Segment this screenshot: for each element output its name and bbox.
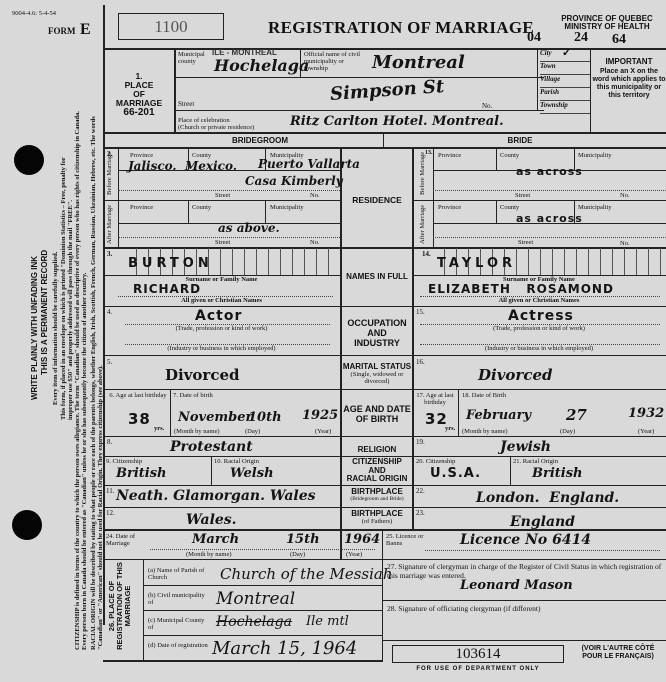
street-label: Street: [515, 192, 530, 199]
rule: [103, 389, 666, 390]
day-caption: (Day): [245, 428, 260, 435]
rule: [188, 201, 189, 223]
yrs-label: yrs.: [154, 425, 164, 432]
dotted-rule: [433, 190, 666, 191]
instruction-text-2: This form, if placed in an envelope on w…: [60, 130, 74, 420]
municipality-type-village[interactable]: Village: [540, 75, 590, 88]
instruction-heading-1: WRITE PLAINLY WITH UNFADING INK: [30, 100, 39, 400]
department-label: FOR USE OF DEPARTMENT ONLY: [392, 666, 564, 672]
groom-after-marriage-label: After Marriage: [106, 205, 113, 244]
groom-before-municipality[interactable]: Puerto Vallarta: [258, 157, 360, 171]
rule: [103, 507, 666, 508]
rule: [510, 456, 511, 485]
marriage-year[interactable]: 1964: [344, 532, 380, 547]
groom-before-county[interactable]: Mexico.: [185, 159, 237, 173]
dotted-rule: [150, 549, 375, 550]
bride-occupation-section: 15.: [416, 308, 425, 316]
place-code: 66-201: [104, 108, 174, 117]
province-label: Province: [438, 204, 461, 211]
rule: [174, 110, 544, 111]
residence-label: RESIDENCE: [342, 195, 412, 205]
groom-birthplace-section: 11.: [106, 487, 115, 495]
bride-marital-section: 16.: [416, 358, 425, 366]
bride-fathers-birthplace[interactable]: England: [510, 514, 575, 530]
rule: [383, 640, 666, 641]
rule: [103, 529, 666, 531]
groom-dob-year[interactable]: 1925: [302, 408, 338, 423]
label-line: OF BIRTH: [342, 414, 412, 424]
groom-names-section: 3.: [107, 250, 112, 258]
given-names-caption: All given or Christian Names: [412, 297, 666, 304]
year-caption: (Year): [346, 551, 362, 558]
groom-dob-label: 7. Date of birth: [173, 392, 213, 399]
letter: Y: [462, 256, 475, 271]
age-dob-label: AGE AND DATE OF BIRTH: [342, 404, 412, 424]
rule: [103, 355, 666, 356]
groom-citizenship-label: 9. Citizenship: [106, 458, 142, 465]
registration-number: 1100: [119, 14, 223, 39]
municipality-type-parish[interactable]: Parish: [540, 88, 590, 101]
dotted-rule: [425, 550, 660, 551]
registration-date-value[interactable]: March 15, 1964: [212, 638, 357, 659]
bride-birthplace[interactable]: London. England.: [476, 490, 619, 506]
letter: N: [198, 256, 213, 271]
groom-citizenship[interactable]: British: [116, 466, 167, 481]
rule: [103, 660, 383, 662]
label-line: AND: [342, 328, 412, 338]
date-of-marriage-label: 24. Date of Marriage: [106, 533, 146, 547]
type-label: Village: [540, 75, 560, 83]
rule: [265, 201, 266, 223]
day-caption: (Day): [560, 428, 575, 435]
rule: [211, 456, 212, 485]
bride-given-names[interactable]: ELIZABETH ROSAMOND: [428, 282, 614, 296]
street-label: Street: [215, 192, 230, 199]
marriage-month[interactable]: March: [192, 532, 239, 547]
rule: [170, 389, 171, 436]
occupation-label: OCCUPATION AND INDUSTRY: [342, 318, 412, 348]
province-label: Province: [130, 204, 153, 211]
county-label: County: [500, 152, 519, 159]
year-caption: (Year): [315, 428, 331, 435]
rule: [174, 48, 176, 132]
sig28-label: 28. Signature of officiating clergyman (…: [387, 604, 541, 613]
form-label: FORM: [48, 26, 76, 36]
rule: [103, 559, 666, 560]
religion-label: RELIGION: [342, 445, 412, 454]
street-value[interactable]: Simpson St: [329, 76, 444, 105]
municipality-label: Municipality: [578, 152, 612, 159]
celebration-label-line: Place of celebration: [178, 117, 254, 124]
bride-religion-section: 19.: [416, 438, 425, 446]
yrs-label: yrs.: [445, 425, 455, 432]
rule: [383, 132, 384, 147]
ministry-label: MINISTRY OF HEALTH: [552, 23, 662, 31]
bride-age-label: 17. Age at last birthday: [412, 392, 458, 406]
rule: [143, 610, 382, 611]
groom-racial-origin[interactable]: Welsh: [230, 466, 274, 481]
licence-label: 25. Licence or Banns: [386, 533, 426, 547]
groom-age[interactable]: 38: [128, 410, 151, 428]
bride-dob-month[interactable]: February: [466, 408, 531, 423]
place-of-marriage-heading: 1. PLACE OF MARRIAGE 66-201: [104, 72, 174, 117]
street-label: Street: [518, 239, 533, 246]
groom-before-street[interactable]: Casa Kimberly: [245, 174, 343, 188]
letter: R: [156, 256, 169, 271]
letter: O: [487, 256, 502, 271]
county-label: County: [192, 152, 211, 159]
bride-dob-label: 18. Date of Birth: [462, 392, 506, 399]
bride-citizenship-label: 20. Citizenship: [416, 458, 455, 465]
letter: T: [437, 256, 449, 271]
groom-marital-status[interactable]: Divorced: [165, 366, 240, 384]
sublabel: (Bridegroom and Bride): [342, 496, 412, 502]
rule: [103, 436, 666, 437]
no-label: No.: [310, 192, 320, 199]
marriage-day[interactable]: 15th: [286, 532, 320, 547]
civil-municipality-reg-label: (b) Civil municipality of: [148, 592, 210, 606]
instruction-racial-origin: RACIAL ORIGIN will be described by stati…: [90, 110, 104, 650]
label-line: OCCUPATION: [342, 318, 412, 328]
groom-religion[interactable]: Protestant: [170, 439, 253, 455]
dotted-rule: [118, 190, 340, 191]
letter: B: [128, 256, 142, 271]
groom-religion-section: 8.: [107, 438, 112, 446]
instruction-text-1: Every item of information should be care…: [52, 105, 59, 405]
type-label: Parish: [540, 88, 559, 96]
groom-given-names[interactable]: RICHARD: [133, 282, 201, 296]
form-letter: E: [80, 21, 91, 38]
department-number-box: 103614: [392, 645, 564, 663]
bride-racial-origin[interactable]: British: [532, 466, 583, 481]
type-label: City: [540, 49, 552, 57]
important-text: Place an X on the word which applies to …: [592, 68, 666, 100]
type-label: Town: [540, 62, 556, 70]
bride-before-residence[interactable]: as across: [516, 165, 583, 178]
bride-residence-section: 13.: [425, 150, 433, 156]
stamp-date-year: 64: [612, 32, 626, 48]
rule: [496, 201, 497, 223]
month-caption: (Month by name): [174, 428, 220, 435]
licence-value[interactable]: Licence No 6414: [460, 532, 591, 548]
punch-hole-bottom: [12, 510, 42, 540]
bride-dob-year[interactable]: 1932: [628, 406, 664, 421]
bride-marital-status[interactable]: Divorced: [478, 366, 553, 384]
rule: [433, 147, 434, 247]
industry-caption: (Industry or business in which employed): [103, 345, 340, 352]
bride-names-section: 14.: [422, 250, 431, 258]
bride-fathers-birthplace-section: 23.: [416, 509, 425, 517]
rule: [590, 48, 591, 132]
rule: [103, 200, 340, 201]
street-no-label: No.: [482, 102, 492, 110]
month-caption: (Month by name): [186, 551, 232, 558]
letter: A: [449, 256, 462, 271]
form-label-group: FORM E: [48, 21, 91, 39]
groom-occupation-section: 4.: [107, 308, 112, 316]
municipality-label: Municipality: [578, 204, 612, 211]
rule: [537, 48, 538, 110]
municipality-type-list: City✓ Town Village Parish Township: [540, 49, 590, 114]
letter: O: [183, 256, 198, 271]
dotted-rule: [433, 237, 666, 238]
groom-marital-section: 5.: [107, 358, 112, 366]
bride-occupation[interactable]: Actress: [508, 308, 574, 324]
bride-before-marriage-label: Before Marriage: [419, 152, 426, 195]
street-label: Street: [215, 239, 230, 246]
form-title: REGISTRATION OF MARRIAGE: [268, 18, 534, 38]
bride-after-marriage-label: After Marriage: [419, 205, 426, 244]
rule: [103, 306, 666, 307]
rule: [496, 148, 497, 170]
groom-occupation[interactable]: Actor: [195, 308, 242, 324]
check-mark-icon: ✓: [562, 46, 571, 59]
names-in-full-label: NAMES IN FULL: [342, 272, 412, 281]
french-note: (VOIR L'AUTRE CÔTÉ POUR LE FRANÇAIS): [572, 645, 664, 661]
rule: [412, 200, 666, 201]
label-line: RACIAL ORIGIN: [342, 475, 412, 484]
municipality-type-city[interactable]: City✓: [540, 49, 590, 62]
instruction-citizenship: CITIZENSHIP is defined in terms of the c…: [74, 110, 88, 650]
no-label: No.: [310, 239, 320, 246]
bride-heading: BRIDE: [480, 136, 560, 145]
rule: [103, 132, 666, 134]
groom-age-label: 6. Age at last birthday: [106, 392, 170, 399]
groom-surname[interactable]: BURTON: [128, 256, 213, 271]
year-caption: (Year): [638, 428, 654, 435]
rule: [383, 600, 666, 601]
bride-religion[interactable]: Jewish: [500, 439, 551, 455]
bride-birthplace-section: 22.: [416, 487, 425, 495]
parish-value[interactable]: Church of the Messiah: [220, 565, 393, 583]
civil-municipality-reg-value[interactable]: Montreal: [216, 589, 295, 609]
letter: U: [142, 256, 157, 271]
celebration-value[interactable]: Ritz Carlton Hotel. Montreal.: [290, 114, 504, 129]
municipality-type-town[interactable]: Town: [540, 62, 590, 75]
province-label: Province: [438, 152, 461, 159]
civil-municipality-label: Official name of civil municipality or t…: [304, 51, 364, 72]
bridegroom-heading: BRIDEGROOM: [200, 136, 320, 145]
letter: R: [502, 256, 516, 271]
registration-place-heading: 26. PLACE OF REGISTRATION OF THIS MARRIA…: [108, 560, 132, 652]
sig27-signature[interactable]: Leonard Mason: [460, 578, 573, 593]
important-title: IMPORTANT: [592, 58, 666, 66]
fathers-birthplace-label: BIRTHPLACE (of Fathers): [342, 509, 412, 525]
letter: T: [170, 256, 183, 271]
municipal-county-reg-value[interactable]: Ile mtl: [306, 614, 349, 629]
birthplace-label: BIRTHPLACE (Bridegroom and Bride): [342, 487, 412, 502]
type-label: Township: [540, 101, 568, 109]
marital-status-label: MARITAL STATUS (Single, widowed or divor…: [342, 362, 412, 385]
letter: L: [475, 256, 487, 271]
label-line: BIRTHPLACE: [342, 487, 412, 496]
groom-fathers-birthplace[interactable]: Wales.: [186, 512, 237, 528]
celebration-label: Place of celebration (Church or private …: [178, 117, 254, 131]
municipality-type-township[interactable]: Township: [540, 101, 590, 114]
municipality-label: Municipality: [270, 204, 304, 211]
groom-racial-origin-label: 10. Racial Origin: [214, 458, 259, 465]
groom-after-residence[interactable]: as above.: [218, 221, 280, 235]
department-number: 103614: [393, 646, 563, 662]
rule: [103, 485, 666, 486]
county-label: County: [192, 204, 211, 211]
stamp-date-month: 04: [527, 30, 541, 46]
label-line: INDUSTRY: [342, 338, 412, 348]
month-caption: (Month by name): [462, 428, 508, 435]
citizenship-label: CITIZENSHIP AND RACIAL ORIGIN: [342, 458, 412, 484]
rule: [412, 147, 414, 529]
municipal-county-reg-label: (c) Municipal County of: [148, 617, 210, 631]
trade-caption: (Trade, profession or kind of work): [103, 325, 340, 332]
groom-fathers-birthplace-section: 12.: [106, 509, 115, 517]
form-code: 9004-4.6: 5-4-54: [12, 10, 56, 17]
ministry-block: PROVINCE OF QUEBEC MINISTRY OF HEALTH: [552, 15, 662, 31]
bride-dob-day[interactable]: 27: [566, 406, 587, 424]
registration-date-label: (d) Date of registration: [148, 642, 210, 649]
instruction-heading-2: THIS IS A PERMANENT RECORD: [40, 115, 49, 375]
bride-after-residence[interactable]: as across: [516, 212, 583, 225]
sublabel: (of Fathers): [342, 518, 412, 525]
rule: [174, 77, 544, 78]
important-note: IMPORTANT Place an X on the word which a…: [592, 58, 666, 100]
municipal-county-struck-value: Hochelaga: [216, 614, 292, 630]
street-label: Street: [178, 100, 194, 108]
rule: [458, 389, 459, 436]
no-label: No.: [620, 192, 630, 199]
sublabel: (Single, widowed or divorced): [342, 371, 412, 385]
dotted-rule: [118, 237, 340, 238]
stamp-date-day: 24: [574, 30, 588, 46]
municipal-county-value[interactable]: Hochelaga: [214, 56, 309, 75]
day-caption: (Day): [290, 551, 305, 558]
bride-citizenship[interactable]: U.S.A.: [430, 466, 481, 481]
county-label: County: [500, 204, 519, 211]
label-line: MARITAL STATUS: [342, 362, 412, 371]
label-line: AGE AND DATE: [342, 404, 412, 414]
groom-birthplace[interactable]: Neath. Glamorgan. Wales: [116, 488, 316, 504]
rule: [143, 635, 382, 636]
groom-before-marriage-label: Before Marriage: [106, 152, 113, 195]
registration-number-box: 1100: [118, 13, 224, 40]
given-names-caption: All given or Christian Names: [103, 297, 340, 304]
rule: [382, 529, 383, 559]
civil-municipality-value[interactable]: Montreal: [372, 52, 465, 73]
industry-caption: (Industry or business in which employed): [412, 345, 666, 352]
province-label: Province: [130, 152, 153, 159]
rule: [118, 147, 119, 247]
trade-caption: (Trade, profession or kind of work): [412, 325, 666, 332]
rule: [143, 585, 382, 586]
celebration-sublabel: (Church or private residence): [178, 124, 254, 131]
bride-surname[interactable]: TAYLOR: [437, 256, 516, 271]
groom-before-province[interactable]: Jalisco.: [128, 159, 177, 173]
no-label: No.: [620, 240, 630, 247]
groom-dob-day[interactable]: 10th: [248, 410, 282, 425]
label-line: BIRTHPLACE: [342, 509, 412, 518]
bride-racial-origin-label: 21. Racial Origin: [513, 458, 558, 465]
parish-label: (a) Name of Parish of Church: [148, 567, 210, 581]
groom-dob-month[interactable]: November: [178, 410, 252, 425]
